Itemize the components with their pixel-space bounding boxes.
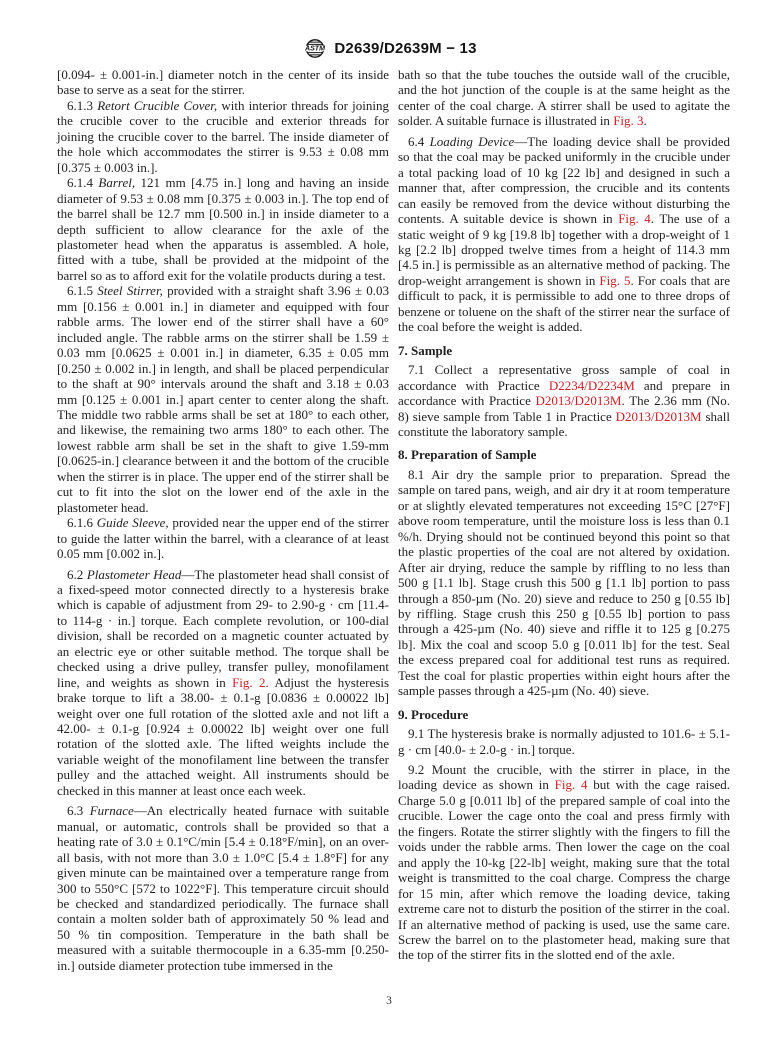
body-paragraph: 6.4 Loading Device—The loading device sh… xyxy=(398,134,730,335)
page-number: 3 xyxy=(386,995,392,1007)
figure-link[interactable]: Fig. 5 xyxy=(599,273,630,288)
astm-logo-text: ASTM xyxy=(304,45,326,53)
body-paragraph: 6.1.6 Guide Sleeve, provided near the up… xyxy=(57,515,389,561)
text-run: provided with a straight shaft 3.96 ± 0.… xyxy=(57,283,389,514)
text-run: 6.1.3 xyxy=(67,98,97,113)
text-run: 8.1 Air dry the sample prior to preparat… xyxy=(398,467,730,698)
defined-term: Barrel, xyxy=(98,175,135,190)
body-paragraph: 9.1 The hysteresis brake is normally adj… xyxy=(398,726,730,757)
text-run: 6.1.4 xyxy=(67,175,98,190)
text-run: 121 mm [4.75 in.] long and having an ins… xyxy=(57,175,389,283)
text-run: 9.1 The hysteresis brake is normally adj… xyxy=(398,726,730,756)
body-paragraph: bath so that the tube touches the outsid… xyxy=(398,67,730,129)
text-run: 6.3 xyxy=(67,803,90,818)
left-column: [0.094- ± 0.001-in.] diameter notch in t… xyxy=(57,67,389,973)
text-run: bath so that the tube touches the outsid… xyxy=(398,67,730,128)
body-paragraph: 6.1.5 Steel Stirrer, provided with a str… xyxy=(57,283,389,515)
defined-term: Guide Sleeve, xyxy=(97,515,169,530)
document-designation: D2639/D2639M − 13 xyxy=(334,40,476,57)
defined-term: Steel Stirrer, xyxy=(97,283,163,298)
defined-term: Furnace xyxy=(90,803,134,818)
astm-logo-icon: ASTM xyxy=(301,38,329,59)
document-page: ASTM D2639/D2639M − 13 [0.094- ± 0.001-i… xyxy=(0,0,778,1041)
text-run: 6.1.5 xyxy=(67,283,97,298)
section-heading: 9. Procedure xyxy=(398,707,730,722)
text-run: but with the cage raised. Charge 5.0 g [… xyxy=(398,777,730,962)
body-paragraph: 6.3 Furnace—An electrically heated furna… xyxy=(57,803,389,973)
body-paragraph: 9.2 Mount the crucible, with the stirrer… xyxy=(398,762,730,963)
body-paragraph: 8.1 Air dry the sample prior to preparat… xyxy=(398,467,730,699)
figure-link[interactable]: Fig. 3 xyxy=(613,113,643,128)
right-column: bath so that the tube touches the outsid… xyxy=(398,67,730,973)
text-run: —An electrically heated furnace with sui… xyxy=(57,803,389,973)
practice-link[interactable]: D2234/D2234M xyxy=(549,378,635,393)
text-run: . Adjust the hysteresis brake torque to … xyxy=(57,675,389,798)
text-run: 6.2 xyxy=(67,567,87,582)
defined-term: Plastometer Head xyxy=(87,567,182,582)
text-run: [0.094- ± 0.001-in.] diameter notch in t… xyxy=(57,67,389,97)
two-column-body: [0.094- ± 0.001-in.] diameter notch in t… xyxy=(57,67,730,973)
figure-link[interactable]: Fig. 4 xyxy=(555,777,588,792)
figure-link[interactable]: Fig. 4 xyxy=(618,211,651,226)
text-run: 6.4 xyxy=(408,134,430,149)
text-run: —The plastometer head shall consist of a… xyxy=(57,567,389,690)
defined-term: Retort Crucible Cover, xyxy=(97,98,217,113)
section-heading: 7. Sample xyxy=(398,343,730,358)
text-run: 6.1.6 xyxy=(67,515,97,530)
section-heading: 8. Preparation of Sample xyxy=(398,447,730,462)
text-run: . xyxy=(644,113,647,128)
practice-link[interactable]: D2013/D2013M xyxy=(616,409,702,424)
page-header: ASTM D2639/D2639M − 13 xyxy=(0,38,778,59)
body-paragraph: 7.1 Collect a representative gross sampl… xyxy=(398,362,730,439)
practice-link[interactable]: D2013/D2013M xyxy=(536,393,622,408)
body-paragraph: [0.094- ± 0.001-in.] diameter notch in t… xyxy=(57,67,389,98)
body-paragraph: 6.1.4 Barrel, 121 mm [4.75 in.] long and… xyxy=(57,175,389,283)
body-paragraph: 6.1.3 Retort Crucible Cover, with interi… xyxy=(57,98,389,175)
page-footer: 3 xyxy=(0,995,778,1007)
figure-link[interactable]: Fig. 2 xyxy=(232,675,265,690)
body-paragraph: 6.2 Plastometer Head—The plastometer hea… xyxy=(57,567,389,799)
defined-term: Loading Device xyxy=(430,134,515,149)
